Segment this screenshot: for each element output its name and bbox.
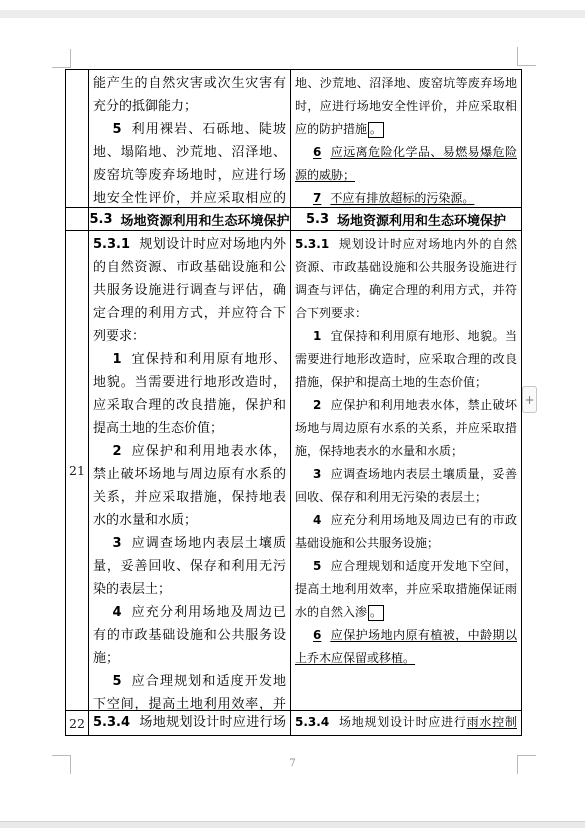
- row-number: 21: [69, 463, 85, 478]
- paragraph: 4应充分利用场地及周边已有的市政基础设施和公共服务设施；: [295, 509, 517, 555]
- section-title: 场地资源利用和生态环境保护: [337, 210, 506, 229]
- item-number: 5: [113, 674, 122, 689]
- old-standard-cell: 能产生的自然灾害或次生灾害有充分的抵御能力； 5利用裸岩、石砾地、陡坡地、塌陷地…: [89, 70, 291, 208]
- clause-paragraph: 5.3.4场地规划设计时应进行场地: [93, 712, 286, 736]
- paragraph: 3应调查场地内表层土壤质量，妥善回收、保存和利用无污染的表层土；: [295, 463, 517, 509]
- clause-paragraph: 5.3.1规划设计时应对场地内外的自然资源、市政基础设施和公共服务设施进行调查与…: [295, 233, 517, 325]
- document-page: 能产生的自然灾害或次生灾害有充分的抵御能力； 5利用裸岩、石砾地、陡坡地、塌陷地…: [0, 0, 585, 828]
- item-number: 5: [313, 559, 321, 573]
- section-heading-new: 5.3 场地资源利用和生态环境保护: [291, 208, 522, 231]
- item-number: 2: [313, 398, 321, 412]
- margin-crop-mark-top-left: [52, 49, 71, 68]
- paragraph: 2应保护和利用地表水体，禁止破坏场地与周边原有水系的关系，并应采取措施，保持地表…: [93, 440, 286, 532]
- row-number-cell-empty: [66, 70, 89, 208]
- clause-number: 5.3.1: [93, 237, 130, 252]
- page-gap-bottom: [0, 821, 585, 828]
- row-number-cell: 21: [66, 231, 89, 711]
- section-number: 5.3: [89, 212, 112, 227]
- item-number: 5: [113, 122, 122, 137]
- paragraph: 4应充分利用场地及周边已有的市政基础设施和公共服务设施；: [93, 601, 286, 670]
- clause-paragraph: 5.3.1规划设计时应对场地内外的自然资源、市政基础设施和公共服务设施进行调查与…: [93, 233, 286, 348]
- new-standard-cell: 5.3.1规划设计时应对场地内外的自然资源、市政基础设施和公共服务设施进行调查与…: [291, 231, 522, 711]
- row-number-cell-empty: [66, 208, 89, 231]
- row-number: 22: [69, 716, 85, 731]
- paragraph: 2应保护和利用地表水体，禁止破坏场地与周边原有水系的关系，并应采取措施，保持地表…: [295, 394, 517, 463]
- margin-plus-button[interactable]: +: [522, 386, 537, 413]
- item-number: 6: [313, 145, 321, 159]
- paragraph: 地、沙荒地、沼泽地、废窑坑等废弃场地时，应进行场地安全性评价，并应采取相应的防护…: [295, 72, 517, 141]
- item-number: 2: [113, 444, 122, 459]
- item-number: 6: [313, 628, 321, 642]
- item-number: 7: [313, 191, 321, 205]
- item-number: 1: [113, 352, 122, 367]
- item-number: 3: [113, 536, 122, 551]
- item-number: 4: [113, 605, 122, 620]
- paragraph: 3应调查场地内表层土壤质量，妥善回收、保存和利用无污染的表层土；: [93, 532, 286, 601]
- section-title: 场地资源利用和生态环境保护: [121, 210, 290, 229]
- comparison-table: 能产生的自然灾害或次生灾害有充分的抵御能力； 5利用裸岩、石砾地、陡坡地、塌陷地…: [65, 69, 522, 736]
- old-standard-cell: 5.3.1规划设计时应对场地内外的自然资源、市政基础设施和公共服务设施进行调查与…: [89, 231, 291, 711]
- old-standard-cell: 5.3.4场地规划设计时应进行场地: [89, 711, 291, 736]
- section-heading-old: 5.3 场地资源利用和生态环境保护: [89, 208, 291, 231]
- page-gap-top: [0, 10, 585, 18]
- item-number: 1: [313, 329, 321, 343]
- item-number: 4: [313, 513, 321, 527]
- row-number-cell: 22: [66, 711, 89, 736]
- margin-crop-mark-top-right: [517, 47, 536, 66]
- paragraph: 能产生的自然灾害或次生灾害有充分的抵御能力；: [93, 72, 286, 118]
- section-number: 5.3: [306, 212, 329, 227]
- plus-icon: +: [524, 393, 534, 407]
- tracked-change-boxed-period: 。: [368, 122, 384, 138]
- paragraph: 5应合理规划和适度开发地下空间，提高土地利用效率，并应采取措施保证雨水的自然入渗…: [295, 555, 517, 624]
- paragraph: 5应合理规划和适度开发地下空间，提高土地利用效率，并应采取措施保证雨水的自然入渗…: [93, 670, 286, 711]
- clause-paragraph: 5.3.4场地规划设计时应进行雨水控制利: [295, 712, 517, 736]
- new-standard-cell: 地、沙荒地、沼泽地、废窑坑等废弃场地时，应进行场地安全性评价，并应采取相应的防护…: [291, 70, 522, 208]
- clause-number: 5.3.1: [295, 237, 329, 251]
- inserted-paragraph: 7不应有排放超标的污染源。: [295, 187, 517, 208]
- paragraph: 1宜保持和利用原有地形、地貌。当需要进行地形改造时，应采取合理的改良措施，保护和…: [295, 325, 517, 394]
- item-number: 3: [313, 467, 321, 481]
- new-standard-cell: 5.3.4场地规划设计时应进行雨水控制利: [291, 711, 522, 736]
- page-number: 7: [0, 758, 585, 769]
- inserted-paragraph: 6应远离危险化学品、易燃易爆危险源的威胁；: [295, 141, 517, 187]
- paragraph: 5利用裸岩、石砾地、陡坡地、塌陷地、沙荒地、沼泽地、废窑坑等废弃场地时，应进行场…: [93, 118, 286, 208]
- paragraph: 1宜保持和利用原有地形、地貌。当需要进行地形改造时，应采取合理的改良措施，保护和…: [93, 348, 286, 440]
- tracked-change-boxed-period: 。: [368, 605, 384, 621]
- clause-number: 5.3.4: [295, 715, 329, 729]
- inserted-paragraph: 6应保护场地内原有植被，中龄期以上乔木应保留或移植。: [295, 624, 517, 670]
- clause-number: 5.3.4: [93, 715, 130, 730]
